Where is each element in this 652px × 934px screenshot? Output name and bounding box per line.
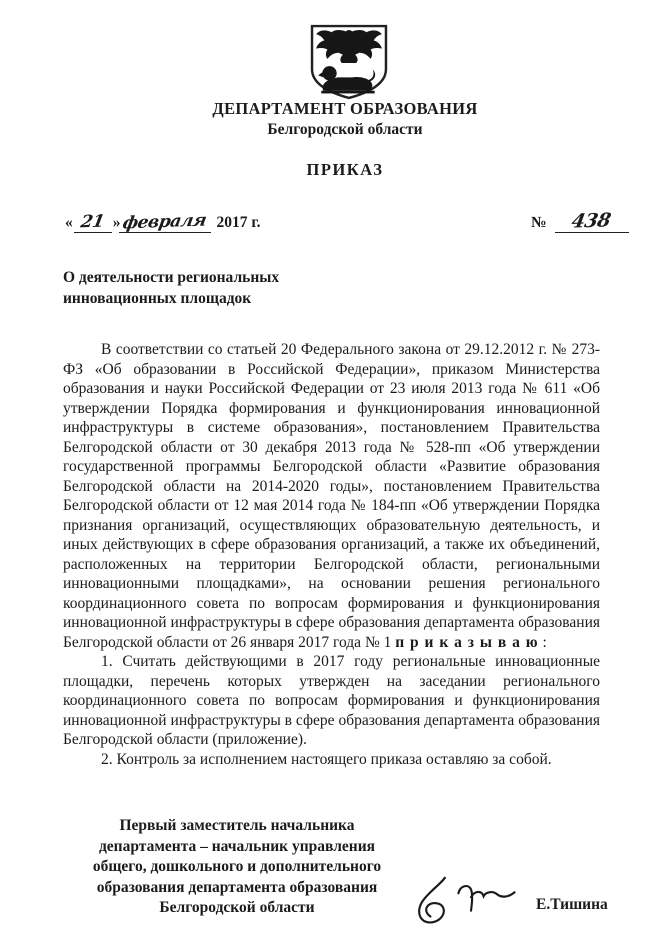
preamble-paragraph: В соответствии со статьей 20 Федеральног…: [63, 340, 600, 652]
signer-position-line: Белгородской области: [63, 898, 411, 919]
signer-position-line: департамента – начальник управления: [63, 837, 411, 858]
order-item-1: 1. Считать действующими в 2017 году реги…: [63, 652, 600, 750]
signer-position-line: общего, дошкольного и дополнительного: [63, 857, 411, 878]
signer-position: Первый заместитель начальника департамен…: [63, 816, 411, 919]
org-name-line1: ДЕПАРТАМЕНТ ОБРАЗОВАНИЯ: [0, 99, 652, 119]
signer-name: Е.Тишина: [536, 896, 608, 914]
number-group: №438: [531, 214, 629, 233]
date-number-row: «21»февраля2017 г. №438: [63, 210, 624, 240]
subject-line2: инновационных площадок: [63, 288, 279, 309]
order-document-page: ДЕПАРТАМЕНТ ОБРАЗОВАНИЯ Белгородской обл…: [0, 0, 652, 934]
decree-word: п р и к а з ы в а ю: [395, 634, 538, 651]
order-subject: О деятельности региональных инновационны…: [63, 267, 279, 309]
order-body: В соответствии со статьей 20 Федеральног…: [63, 340, 600, 769]
year-label: 2017 г.: [217, 214, 261, 231]
date-group: «21»февраля2017 г.: [65, 214, 261, 233]
quote-open: «: [65, 214, 73, 231]
signature-section: Первый заместитель начальника департамен…: [0, 812, 652, 934]
month-blank: февраля: [119, 214, 211, 233]
number-blank: 438: [555, 214, 629, 233]
signer-position-line: Первый заместитель начальника: [63, 816, 411, 837]
signer-position-line: образования департамента образования: [63, 878, 411, 899]
coat-of-arms-icon: [308, 24, 390, 100]
handwritten-day: 21: [80, 215, 105, 230]
preamble-text: В соответствии со статьей 20 Федеральног…: [63, 341, 600, 651]
document-type-title: ПРИКАЗ: [0, 160, 652, 180]
day-blank: 21: [74, 214, 112, 233]
decree-colon: :: [539, 634, 547, 651]
number-sign: №: [531, 214, 547, 231]
handwritten-month: февраля: [122, 214, 208, 231]
org-name-line2: Белгородской области: [0, 121, 652, 139]
handwritten-signature: [408, 872, 534, 930]
order-item-2: 2. Контроль за исполнением настоящего пр…: [63, 750, 600, 770]
handwritten-number: 438: [571, 213, 612, 228]
subject-line1: О деятельности региональных: [63, 267, 279, 288]
